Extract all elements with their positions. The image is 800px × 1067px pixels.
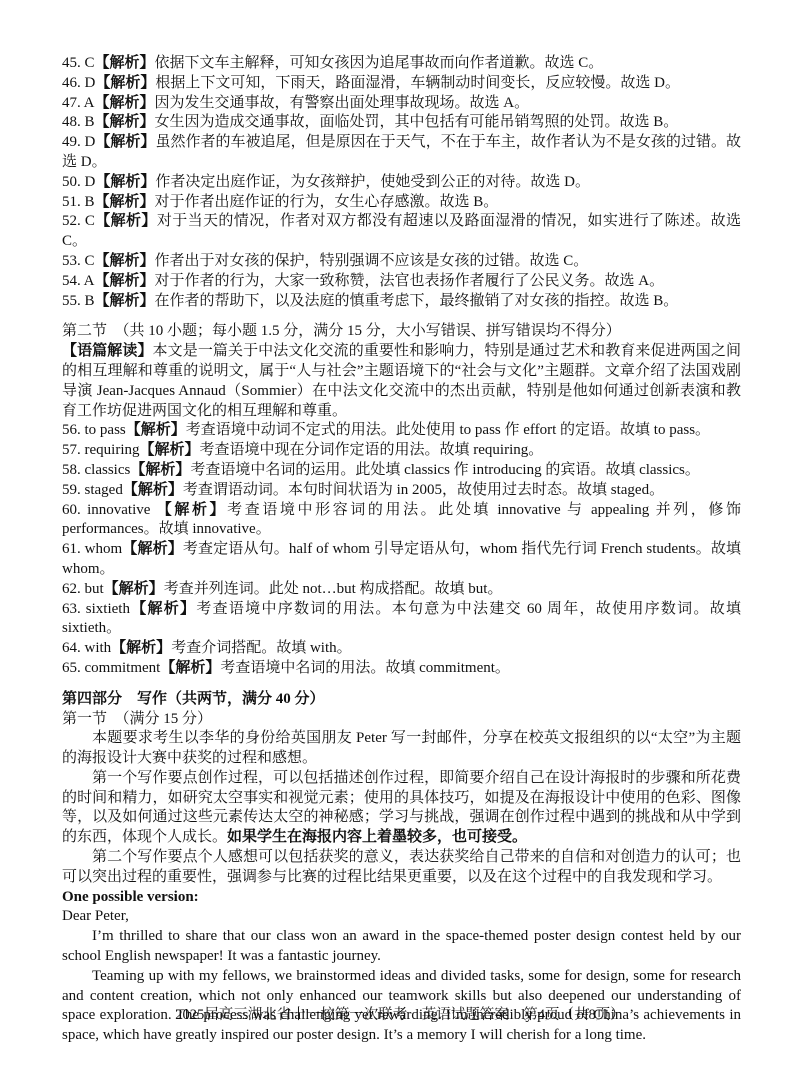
analysis-text: 考查语境中动词不定式的用法。此处使用 to pass 作 effort 的定语。…: [186, 422, 710, 438]
answer-word: 63. sixtieth: [62, 601, 130, 617]
analysis-label: 【解析】: [126, 422, 186, 438]
analysis-label: 【解析】: [95, 293, 155, 309]
letter-paragraph-1: I’m thrilled to share that our class won…: [62, 927, 741, 967]
answer-line-46: 46. D【解析】根据上下文可知，下雨天，路面湿滑，车辆制动时间变长，反应较慢。…: [62, 74, 741, 94]
analysis-text: 作者出于对女孩的保护，特别强调不应该是女孩的过错。故选 C。: [155, 253, 589, 269]
analysis-label: 【解析】: [130, 601, 196, 617]
answer-word: 65. commitment: [62, 660, 160, 676]
section2-heading: 第二节 （共 10 小题；每小题 1.5 分，满分 15 分，大小写错误、拼写错…: [62, 322, 741, 342]
answer-line-58: 58. classics【解析】考查语境中名词的运用。此处填 classics …: [62, 461, 741, 481]
letter-salutation: Dear Peter,: [62, 907, 741, 927]
analysis-text: 女生因为造成交通事故，面临处罚，其中包括有可能吊销驾照的处罚。故选 B。: [155, 114, 679, 130]
analysis-text: 考查介词搭配。故填 with。: [171, 640, 351, 656]
answer-line-63: 63. sixtieth【解析】考查语境中序数词的用法。本句意为中法建交 60 …: [62, 600, 741, 640]
analysis-text: 虽然作者的车被追尾，但是原因在于天气，不在于车主，故作者认为不是女孩的过错。故选…: [62, 134, 741, 170]
answer-line-55: 55. B【解析】在作者的帮助下，以及法庭的慎重考虑下，最终撤销了对女孩的指控。…: [62, 292, 741, 312]
analysis-text: 对于当天的情况，作者对双方都没有超速以及路面湿滑的情况，如实进行了陈述。故选 C…: [62, 213, 741, 249]
analysis-text: 考查并列连词。此处 not…but 构成搭配。故填 but。: [164, 581, 503, 597]
answer-line-48: 48. B【解析】女生因为造成交通事故，面临处罚，其中包括有可能吊销驾照的处罚。…: [62, 113, 741, 133]
analysis-label: 【解析】: [95, 253, 155, 269]
analysis-text: 因为发生交通事故，有警察出面处理事故现场。故选 A。: [155, 95, 530, 111]
analysis-text: 在作者的帮助下，以及法庭的慎重考虑下，最终撤销了对女孩的指控。故选 B。: [155, 293, 679, 309]
analysis-text: 根据上下文可知，下雨天，路面湿滑，车辆制动时间变长，反应较慢。故选 D。: [155, 75, 680, 91]
analysis-label: 【解析】: [95, 95, 155, 111]
writing-point1-note-bold: 如果学生在海报内容上着墨较多，也可接受。: [227, 829, 527, 845]
answer-line-45: 45. C【解析】依据下文车主解释，可知女孩因为追尾事故而向作者道歉。故选 C。: [62, 54, 741, 74]
answer-number: 52. C: [62, 213, 95, 229]
answer-word: 61. whom: [62, 541, 122, 557]
answer-line-64: 64. with【解析】考查介词搭配。故填 with。: [62, 639, 741, 659]
answer-line-52: 52. C【解析】对于当天的情况，作者对双方都没有超速以及路面湿滑的情况，如实进…: [62, 212, 741, 252]
answer-word: 62. but: [62, 581, 104, 597]
analysis-text: 考查语境中现在分词作定语的用法。故填 requiring。: [200, 442, 544, 458]
answer-line-57: 57. requiring【解析】考查语境中现在分词作定语的用法。故填 requ…: [62, 441, 741, 461]
answer-word: 56. to pass: [62, 422, 126, 438]
answer-word: 64. with: [62, 640, 111, 656]
analysis-label: 【解析】: [95, 194, 155, 210]
analysis-text: 考查谓语动词。本句时间状语为 in 2005，故使用过去时态。故填 staged…: [183, 482, 664, 498]
exam-answer-page: 45. C【解析】依据下文车主解释，可知女孩因为追尾事故而向作者道歉。故选 C。…: [0, 0, 800, 1067]
writing-point2-paragraph: 第二个写作要点个人感想可以包括获奖的意义，表达获奖给自己带来的自信和对创造力的认…: [62, 848, 741, 888]
passage-analysis-text: 本文是一篇关于中法文化交流的重要性和影响力，特别是通过艺术和教育来促进两国之间的…: [62, 343, 741, 418]
answer-line-61: 61. whom【解析】考查定语从句。half of whom 引导定语从句，w…: [62, 540, 741, 580]
answer-line-56: 56. to pass【解析】考查语境中动词不定式的用法。此处使用 to pas…: [62, 421, 741, 441]
answer-number: 50. D: [62, 174, 95, 190]
answer-line-47: 47. A【解析】因为发生交通事故，有警察出面处理事故现场。故选 A。: [62, 94, 741, 114]
analysis-label: 【解析】: [122, 541, 183, 557]
answer-word: 58. classics: [62, 462, 130, 478]
analysis-label: 【解析】: [123, 482, 183, 498]
analysis-label: 【解析】: [95, 114, 155, 130]
analysis-label: 【解析】: [157, 502, 227, 518]
writing-point1-paragraph: 第一个写作要点创作过程，可以包括描述创作过程，即简要介绍自己在设计海报时的步骤和…: [62, 769, 741, 848]
answer-line-50: 50. D【解析】作者决定出庭作证，为女孩辩护，使她受到公正的对待。故选 D。: [62, 173, 741, 193]
answer-number: 51. B: [62, 194, 95, 210]
analysis-label: 【解析】: [139, 442, 199, 458]
answer-number: 49. D: [62, 134, 95, 150]
analysis-label: 【解析】: [95, 273, 155, 289]
answer-number: 55. B: [62, 293, 95, 309]
passage-analysis-label: 【语篇解读】: [62, 343, 153, 359]
analysis-text: 考查语境中名词的用法。故填 commitment。: [220, 660, 510, 676]
analysis-label: 【解析】: [160, 660, 220, 676]
answer-number: 53. C: [62, 253, 95, 269]
answer-number: 47. A: [62, 95, 95, 111]
sample-version-label: One possible version:: [62, 888, 741, 908]
analysis-text: 依据下文车主解释，可知女孩因为追尾事故而向作者道歉。故选 C。: [155, 55, 604, 71]
answer-word: 59. staged: [62, 482, 123, 498]
analysis-label: 【解析】: [95, 134, 155, 150]
answer-number: 46. D: [62, 75, 95, 91]
passage-analysis: 【语篇解读】本文是一篇关于中法文化交流的重要性和影响力，特别是通过艺术和教育来促…: [62, 342, 741, 421]
analysis-label: 【解析】: [95, 213, 157, 229]
answer-word: 57. requiring: [62, 442, 139, 458]
analysis-text: 考查语境中名词的运用。此处填 classics 作 introducing 的宾…: [190, 462, 700, 478]
analysis-text: 作者决定出庭作证，为女孩辩护，使她受到公正的对待。故选 D。: [155, 174, 590, 190]
answer-line-65: 65. commitment【解析】考查语境中名词的用法。故填 commitme…: [62, 659, 741, 679]
answer-number: 45. C: [62, 55, 95, 71]
answer-word: 60. innovative: [62, 502, 157, 518]
answer-line-59: 59. staged【解析】考查谓语动词。本句时间状语为 in 2005，故使用…: [62, 481, 741, 501]
analysis-label: 【解析】: [111, 640, 171, 656]
answer-line-62: 62. but【解析】考查并列连词。此处 not…but 构成搭配。故填 but…: [62, 580, 741, 600]
page-footer: 2025届高三湖北省十一校第一次联考 英语试题答案 第4页（共8页）: [0, 1003, 800, 1024]
answer-line-51: 51. B【解析】对于作者出庭作证的行为，女生心存感激。故选 B。: [62, 193, 741, 213]
answer-line-54: 54. A【解析】对于作者的行为，大家一致称赞，法官也表扬作者履行了公民义务。故…: [62, 272, 741, 292]
page-content: 45. C【解析】依据下文车主解释，可知女孩因为追尾事故而向作者道歉。故选 C。…: [62, 54, 741, 1046]
analysis-label: 【解析】: [130, 462, 190, 478]
analysis-label: 【解析】: [104, 581, 164, 597]
writing-task-intro: 本题要求考生以李华的身份给英国朋友 Peter 写一封邮件，分享在校英文报组织的…: [62, 729, 741, 769]
answer-line-49: 49. D【解析】虽然作者的车被追尾，但是原因在于天气，不在于车主，故作者认为不…: [62, 133, 741, 173]
answer-line-53: 53. C【解析】作者出于对女孩的保护，特别强调不应该是女孩的过错。故选 C。: [62, 252, 741, 272]
part4-section1-heading: 第一节 （满分 15 分）: [62, 710, 741, 730]
analysis-text: 对于作者出庭作证的行为，女生心存感激。故选 B。: [155, 194, 499, 210]
analysis-label: 【解析】: [95, 75, 155, 91]
answer-line-60: 60. innovative 【解析】考查语境中形容词的用法。此处填 innov…: [62, 501, 741, 541]
answer-number: 54. A: [62, 273, 95, 289]
analysis-label: 【解析】: [95, 55, 155, 71]
analysis-label: 【解析】: [95, 174, 155, 190]
part4-heading: 第四部分 写作（共两节，满分 40 分）: [62, 690, 741, 710]
answer-number: 48. B: [62, 114, 95, 130]
analysis-text: 对于作者的行为，大家一致称赞，法官也表扬作者履行了公民义务。故选 A。: [155, 273, 665, 289]
